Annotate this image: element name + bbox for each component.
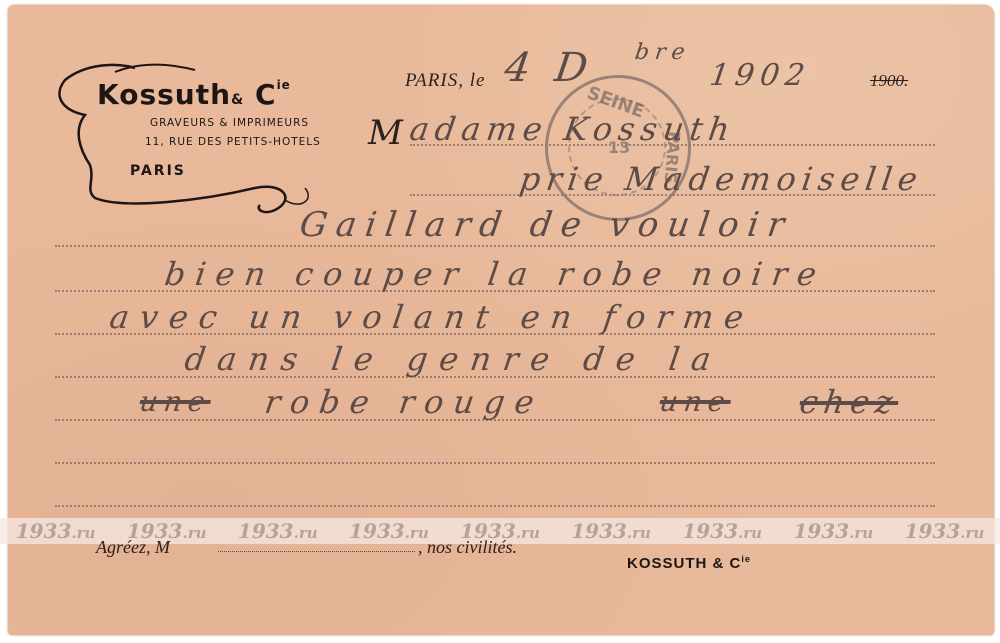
body-line-6: robe rouge [262, 383, 546, 421]
letterhead-city: PARIS [130, 163, 186, 179]
printed-signature: KOSSUTH & Cie [627, 554, 751, 572]
body-line-3: bien couper la robe noire [162, 255, 828, 293]
watermark-text: 1933.ru [238, 519, 318, 543]
printed-year-struck: 1900. [870, 71, 908, 91]
postmark-stamp: SEINE PARIS 13 [545, 75, 691, 221]
printed-dateline: PARIS, le [405, 70, 485, 92]
body-line-5: dans le genre de la [182, 340, 725, 378]
watermark-text: 1933.ru [905, 519, 985, 543]
closing-blank-line [218, 551, 415, 552]
body-line-1: prie Mademoiselle [517, 160, 925, 198]
watermark-text: 1933.ru [571, 519, 651, 543]
struck-word: chez [797, 383, 901, 421]
letterhead-address: 11, RUE DES PETITS-HOTELS [145, 136, 321, 148]
watermark-text: 1933.ru [682, 519, 762, 543]
watermark-text: 1933.ru [349, 519, 429, 543]
body-line-2: Gaillard de vouloir [297, 205, 796, 245]
handwritten-salutation: adame Kossuth [407, 110, 738, 148]
watermark-text: 1933.ru [793, 519, 873, 543]
ruled-line [55, 245, 935, 247]
closing-civilites: , nos civilités. [418, 537, 517, 558]
watermark-text: 1933.ru [16, 519, 96, 543]
struck-word: une [138, 385, 213, 418]
handwritten-date-month: bre [633, 40, 692, 65]
body-line-4: avec un volant en forme [107, 298, 757, 336]
ruled-line [55, 462, 935, 464]
letterhead-trade: GRAVEURS & IMPRIMEURS [150, 117, 309, 129]
letterhead-brand: Kossuth& Cie [97, 78, 291, 111]
struck-word: une [658, 385, 733, 418]
ruled-line [410, 144, 935, 146]
ruled-line [55, 505, 935, 507]
printed-m: M [368, 113, 403, 153]
closing-agreez: Agréez, M [96, 537, 170, 558]
handwritten-year: 1902 [708, 58, 813, 93]
